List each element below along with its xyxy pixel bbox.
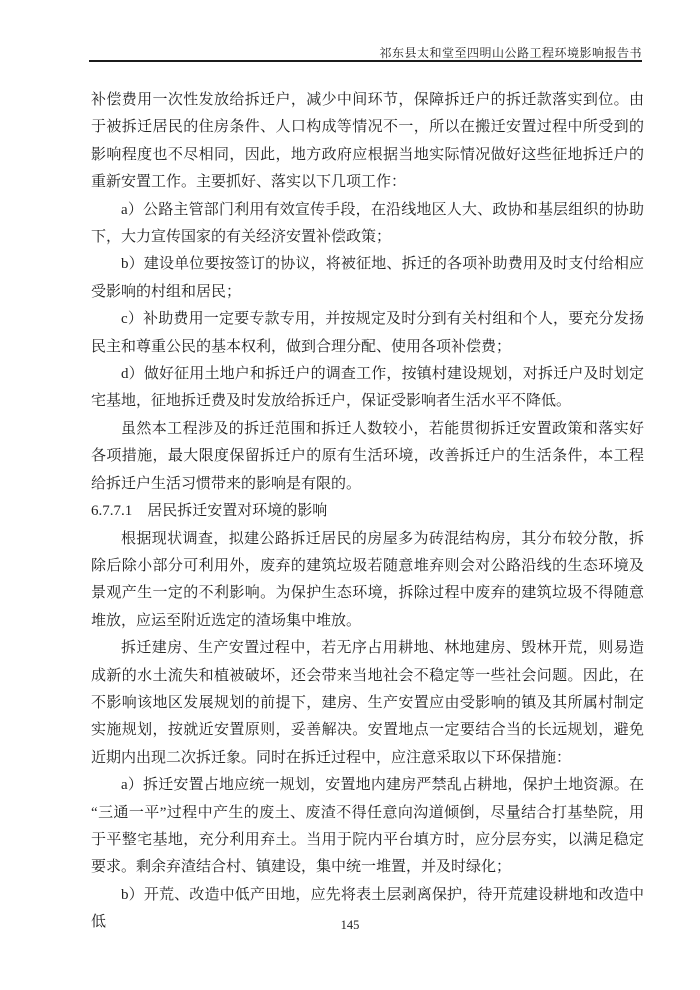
paragraph: 虽然本工程涉及的拆迁范围和拆迁人数较小，若能贯彻拆迁安置政策和落实好各项措施，最… xyxy=(91,416,644,498)
paragraph: 根据现状调查，拟建公路拆迁居民的房屋多为砖混结构房，其分布较分散，拆除后除小部分… xyxy=(91,526,644,636)
paragraph: a）拆迁安置占地应统一规划，安置地内建房严禁乱占耕地，保护土地资源。在“三通一平… xyxy=(91,772,644,882)
paragraph: a）公路主管部门利用有效宣传手段，在沿线地区人大、政协和基层组织的协助下，大力宣… xyxy=(91,197,644,252)
page-number: 145 xyxy=(0,918,700,933)
page-header-title: 祁东县太和堂至四明山公路工程环境影响报告书 xyxy=(379,44,642,61)
document-body: 补偿费用一次性发放给拆迁户，减少中间环节，保障拆迁户的拆迁款落实到位。由于被拆迁… xyxy=(91,87,644,937)
header-rule xyxy=(89,60,642,62)
paragraph: c）补助费用一定要专款专用，并按规定及时分到有关村组和个人，要充分发扬民主和尊重… xyxy=(91,306,644,361)
paragraph: 补偿费用一次性发放给拆迁户，减少中间环节，保障拆迁户的拆迁款落实到位。由于被拆迁… xyxy=(91,87,644,197)
paragraph: d）做好征用土地户和拆迁户的调查工作，按镇村建设规划，对拆迁户及时划定宅基地，征… xyxy=(91,361,644,416)
paragraph: b）建设单位要按签订的协议，将被征地、拆迁的各项补助费用及时支付给相应受影响的村… xyxy=(91,251,644,306)
section-heading: 6.7.7.1 居民拆迁安置对环境的影响 xyxy=(91,498,644,525)
document-page: 祁东县太和堂至四明山公路工程环境影响报告书 补偿费用一次性发放给拆迁户，减少中间… xyxy=(0,0,700,990)
paragraph: 拆迁建房、生产安置过程中，若无序占用耕地、林地建房、毁林开荒，则易造成新的水土流… xyxy=(91,635,644,772)
